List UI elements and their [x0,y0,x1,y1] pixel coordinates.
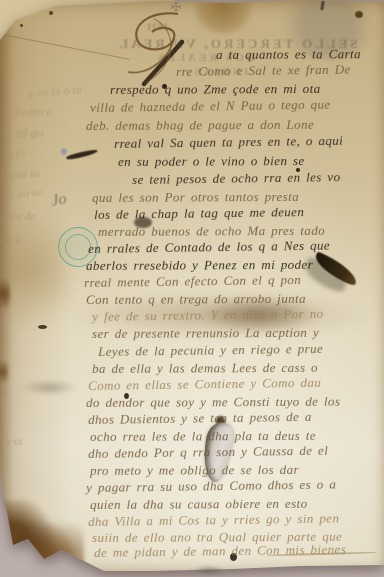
manuscript-line: dha Villa a mi Cos ta y rries go y sin p… [88,510,339,530]
manuscript-line: qua les son Por otros tantos presta [92,189,299,206]
manuscript-line: Con tento q en trega do arrobo junta [86,291,306,308]
manuscript-line: y pagar rra su uso dha Como dhos es o a [86,477,336,496]
manuscript-line: de me pidan y de man den Con mis bienes [94,541,346,561]
paper-wrap: · · · · · · · · · ✠ 1631 SELLO TERCERO, … [0,0,384,577]
manuscript-line: dhos Dusientos y se ten ta pesos de a [88,409,312,428]
manuscript-line: rreal mente Con efecto Con el q pon [84,272,301,291]
manuscript-line: pro meto y me obligo de se los dar [90,462,299,479]
manuscript-paper: · · · · · · · · · ✠ 1631 SELLO TERCERO, … [0,0,384,572]
manuscript-line: Leyes de la pecunia y en riego e prue [98,341,323,360]
backdrop-smudge [192,566,226,575]
handwriting-layer: a ta quantos es ta Cartarre Como e Sal t… [0,0,384,572]
manuscript-line: a ta quantos es ta Carta [216,46,361,63]
manuscript-line: villa de hazneda de el N Pau o tego que [90,97,331,116]
manuscript-line: Como en ellas se Contiene y Como dau [88,375,321,394]
manuscript-line: rreal val Sa quen ta pres en te, o aqui [114,133,343,152]
manuscript-line: deb. demas bhag de pague a don Lone [86,117,314,134]
manuscript-line: rrespedo q uno Zme çode en mi ota [110,81,321,98]
manuscript-line: y fee de su rrextro. Y en dies o Por no [92,306,324,325]
stain-speck [27,7,31,11]
manuscript-photo: · · · · · · · · · ✠ 1631 SELLO TERCERO, … [0,0,384,577]
manuscript-line: los de la chap la tag que me deuen [94,204,304,223]
manuscript-line: se teni pesos de ocho rra en les vo [132,169,341,188]
manuscript-line: en rrales de Contado de los q a Nes que [88,238,330,257]
manuscript-line: ser de presente rrenunsio La acption y [92,325,319,342]
manuscript-line: dho dendo Por q rra son y Caussa de el [88,443,328,462]
manuscript-line: rre Como e Sal te xe fran De [176,62,351,80]
manuscript-line: en su poder o le vino o bien se [118,153,305,170]
